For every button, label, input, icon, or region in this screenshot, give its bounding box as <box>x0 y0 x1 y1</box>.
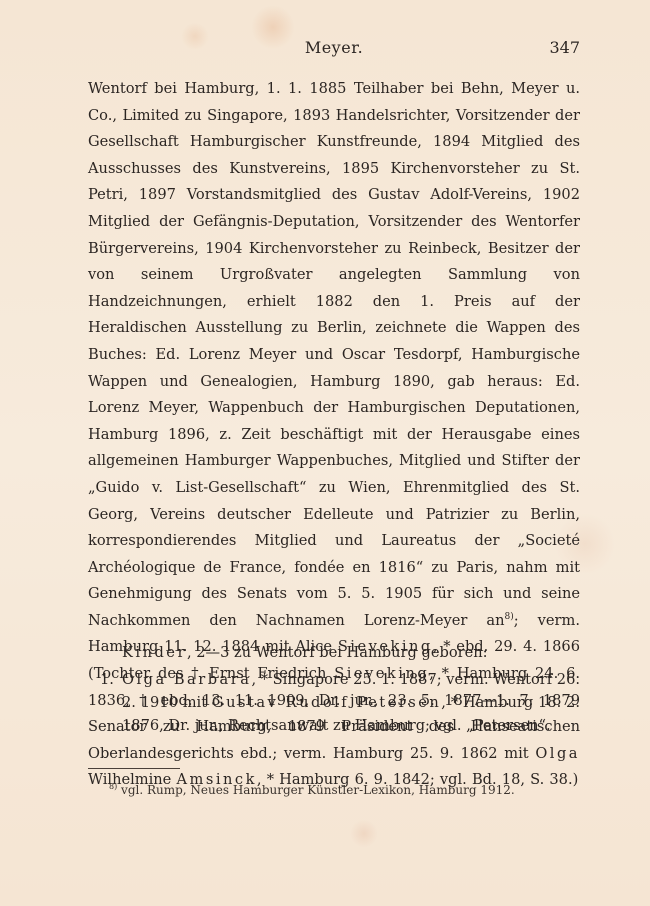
child-number: 1. <box>100 668 122 737</box>
child-spouse-name: Gustav Rudolf Petersen <box>212 694 441 711</box>
children-heading-rest: , 2—3 zu Wentorf bei Hamburg geboren: <box>187 644 488 661</box>
footnote-marker: 8) <box>109 782 117 791</box>
running-head: Meyer. 347 <box>88 38 580 62</box>
page-number: 347 <box>549 38 580 57</box>
children-heading-word: Kinder <box>122 644 187 661</box>
child-entry: 1. Olga Barbara, * Singapore 25. 1. 1887… <box>100 668 580 737</box>
footnote-text: vgl. Rump, Neues Hamburger Künstler-Lexi… <box>117 783 514 797</box>
children-heading: Kinder, 2—3 zu Wentorf bei Hamburg gebor… <box>122 640 488 666</box>
grandmother-first-name: Olga <box>535 745 580 762</box>
footnote: 8) vgl. Rump, Neues Hamburger Künstler-L… <box>109 778 515 799</box>
biography-text: Wentorf bei Hamburg, 1. 1. 1885 Teilhabe… <box>88 80 580 629</box>
child-text: Olga Barbara, * Singapore 25. 1. 1887; v… <box>122 668 580 737</box>
footnote-reference: 8) <box>504 612 513 622</box>
running-title: Meyer. <box>88 38 580 57</box>
footnote-divider <box>88 768 180 769</box>
child-name: Olga Barbara <box>122 671 251 688</box>
